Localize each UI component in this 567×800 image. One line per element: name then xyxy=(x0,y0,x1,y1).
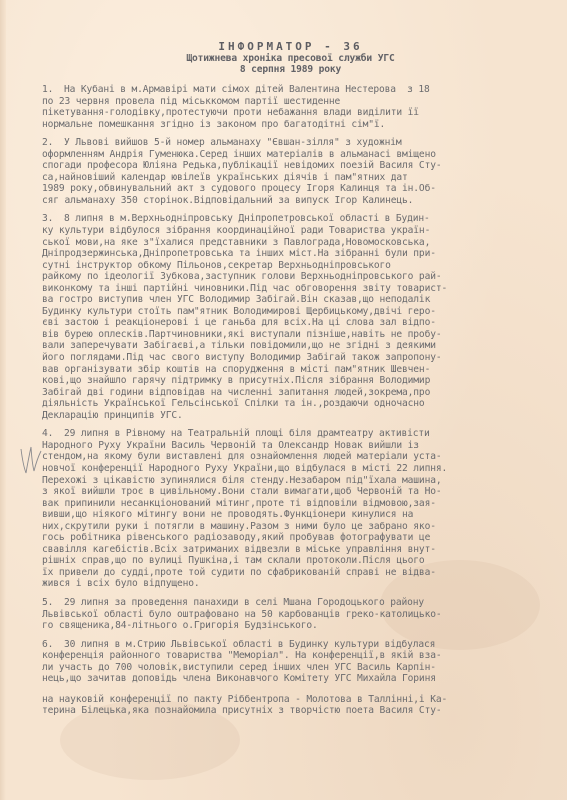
document-subtitle: Щотижнева хроніка пресової служби УГС xyxy=(24,53,557,64)
paragraph-6: 6.30 липня в м.Стрию Львівської області … xyxy=(42,639,557,717)
paragraph-4: 4.29 липня в Рівному на Театральній площ… xyxy=(42,428,557,590)
paragraph-number: 5. xyxy=(42,597,64,609)
document-date: 8 серпня 1989 року xyxy=(24,64,557,76)
paragraph-number: 4. xyxy=(42,428,64,440)
paragraph-2: 2.У Львові вийшов 5-й номер альманаху "Є… xyxy=(42,137,557,206)
paper-edge xyxy=(0,0,6,800)
document-title: ІНФОРМАТОР - 36 xyxy=(24,40,557,53)
paragraph-5: 5.29 липня за проведення панахиди в селі… xyxy=(42,597,557,632)
document-page: ІНФОРМАТОР - 36 Щотижнева хроніка пресов… xyxy=(0,0,567,800)
paragraph-3: 3.8 липня в м.Верхньодніпровську Дніпроп… xyxy=(42,213,557,421)
handwritten-check-icon xyxy=(18,443,44,477)
paragraph-number: 3. xyxy=(42,213,64,225)
typewritten-document: ІНФОРМАТОР - 36 Щотижнева хроніка пресов… xyxy=(42,40,557,717)
paragraph-number: 1. xyxy=(42,84,64,96)
paragraph-number: 2. xyxy=(42,137,64,149)
paragraph-number: 6. xyxy=(42,639,64,651)
paragraph-1: 1.На Кубані в м.Армавірі мати сімох діте… xyxy=(42,84,557,130)
document-header: ІНФОРМАТОР - 36 Щотижнева хроніка пресов… xyxy=(24,40,557,76)
